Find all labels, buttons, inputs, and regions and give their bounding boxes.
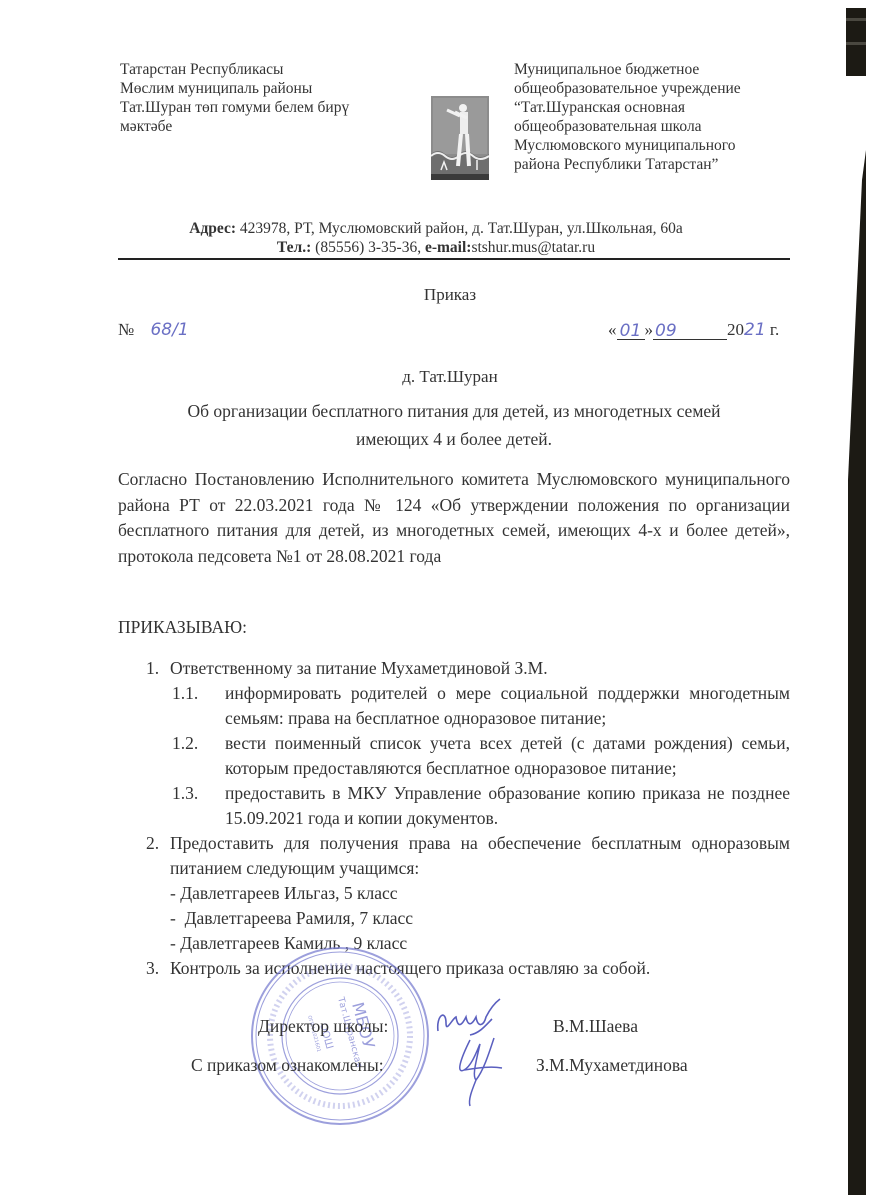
document-page: Татарстан Республикасы Мөслим муниципаль… bbox=[0, 0, 872, 1200]
order-number: № 68/1 bbox=[118, 320, 189, 340]
order-item-3: 3. Контроль за исполнение настоящего при… bbox=[118, 956, 790, 981]
contact-line: Тел.: (85556) 3-35-36, e-mail:stshur.mus… bbox=[0, 238, 872, 257]
order-date: «01»092021 г. bbox=[608, 320, 779, 340]
date-month: 09 bbox=[653, 321, 727, 340]
phone-value: (85556) 3-35-36, bbox=[311, 239, 425, 256]
order-title: Об организации бесплатного питания для д… bbox=[118, 397, 790, 453]
date-day: 01 bbox=[617, 321, 645, 340]
order-title-line: имеющих 4 и более детей. bbox=[118, 425, 790, 453]
date-year-unit: г. bbox=[766, 320, 780, 339]
header-right-line: “Тат.Шуранская основная bbox=[514, 98, 814, 117]
item-text: Ответственному за питание Мухаметдиновой… bbox=[170, 658, 548, 678]
date-year-prefix: 20 bbox=[727, 320, 744, 339]
order-title-line: Об организации бесплатного питания для д… bbox=[118, 397, 790, 425]
header-tatar-block: Татарстан Республикасы Мөслим муниципаль… bbox=[120, 60, 410, 136]
scan-edge-artifact bbox=[846, 150, 866, 1195]
date-quote-close: » bbox=[645, 320, 654, 339]
subitem-number: 1.2. bbox=[172, 731, 198, 756]
order-items: 1. Ответственному за питание Мухаметдино… bbox=[118, 656, 790, 981]
header-right-line: района Республики Татарстан” bbox=[514, 155, 814, 174]
pupil-entry: - Давлетгареев Камиль , 9 класс bbox=[118, 931, 790, 956]
header-left-line: Мөслим муниципаль районы bbox=[120, 79, 410, 98]
header-divider bbox=[118, 258, 790, 260]
email-label: e-mail: bbox=[425, 239, 471, 256]
item-text: Предоставить для получения права на обес… bbox=[170, 833, 790, 878]
acknowledged-label: С приказом ознакомлены: bbox=[191, 1055, 384, 1076]
order-subitem-1-3: 1.3. предоставить в МКУ Управление образ… bbox=[118, 781, 790, 831]
header-right-line: Муниципальное бюджетное bbox=[514, 60, 814, 79]
date-quote-open: « bbox=[608, 320, 617, 339]
director-label: Директор школы: bbox=[258, 1016, 388, 1036]
document-type: Приказ bbox=[0, 285, 872, 305]
address-label: Адрес: bbox=[189, 220, 236, 237]
order-subitem-1-2: 1.2. вести поименный список учета всех д… bbox=[118, 731, 790, 781]
director-name: В.М.Шаева bbox=[553, 1016, 638, 1037]
item-number: 2. bbox=[146, 831, 159, 856]
place: д. Тат.Шуран bbox=[0, 367, 872, 387]
email-value[interactable]: stshur.mus@tatar.ru bbox=[471, 239, 595, 256]
subitem-text: вести поименный список учета всех детей … bbox=[225, 733, 790, 778]
scan-edge-artifact-top bbox=[846, 8, 866, 76]
coat-of-arms-icon bbox=[431, 96, 489, 180]
subitem-number: 1.3. bbox=[172, 781, 198, 806]
address-line: Адрес: 423978, РТ, Муслюмовский район, д… bbox=[0, 219, 872, 238]
header-left-line: мәктәбе bbox=[120, 117, 410, 136]
order-item-2: 2. Предоставить для получения права на о… bbox=[118, 831, 790, 881]
order-number-handwritten: 68/1 bbox=[150, 320, 188, 340]
header-right-line: Муслюмовского муниципального bbox=[514, 136, 814, 155]
address-value: 423978, РТ, Муслюмовский район, д. Тат.Ш… bbox=[236, 220, 683, 237]
acknowledged-name: З.М.Мухаметдинова bbox=[536, 1055, 688, 1076]
acknowledged-signature-icon bbox=[450, 1030, 510, 1110]
subitem-text: предоставить в МКУ Управление образовани… bbox=[225, 783, 790, 828]
pupil-entry: - Давлетгареев Ильгаз, 5 класс bbox=[118, 881, 790, 906]
phone-label: Тел.: bbox=[277, 239, 311, 256]
number-sign: № bbox=[118, 320, 134, 339]
director-signature-row: Директор школы: bbox=[258, 1016, 388, 1037]
header-right-line: общеобразовательное учреждение bbox=[514, 79, 814, 98]
order-heading: ПРИКАЗЫВАЮ: bbox=[118, 617, 247, 638]
order-item-1: 1. Ответственному за питание Мухаметдино… bbox=[118, 656, 790, 681]
header-right-line: общеобразовательная школа bbox=[514, 117, 814, 136]
subitem-text: информировать родителей о мере социально… bbox=[225, 683, 790, 728]
item-number: 1. bbox=[146, 656, 159, 681]
preamble: Согласно Постановлению Исполнительного к… bbox=[118, 467, 790, 569]
date-year-suffix: 21 bbox=[744, 320, 766, 340]
header-left-line: Татарстан Республикасы bbox=[120, 60, 410, 79]
pupil-entry: - Давлетгареева Рамиля, 7 класс bbox=[118, 906, 790, 931]
header-russian-block: Муниципальное бюджетное общеобразователь… bbox=[514, 60, 814, 174]
header-left-line: Тат.Шуран төп гомуми белем бирү bbox=[120, 98, 410, 117]
subitem-number: 1.1. bbox=[172, 681, 198, 706]
item-number: 3. bbox=[146, 956, 159, 981]
order-subitem-1-1: 1.1. информировать родителей о мере соци… bbox=[118, 681, 790, 731]
